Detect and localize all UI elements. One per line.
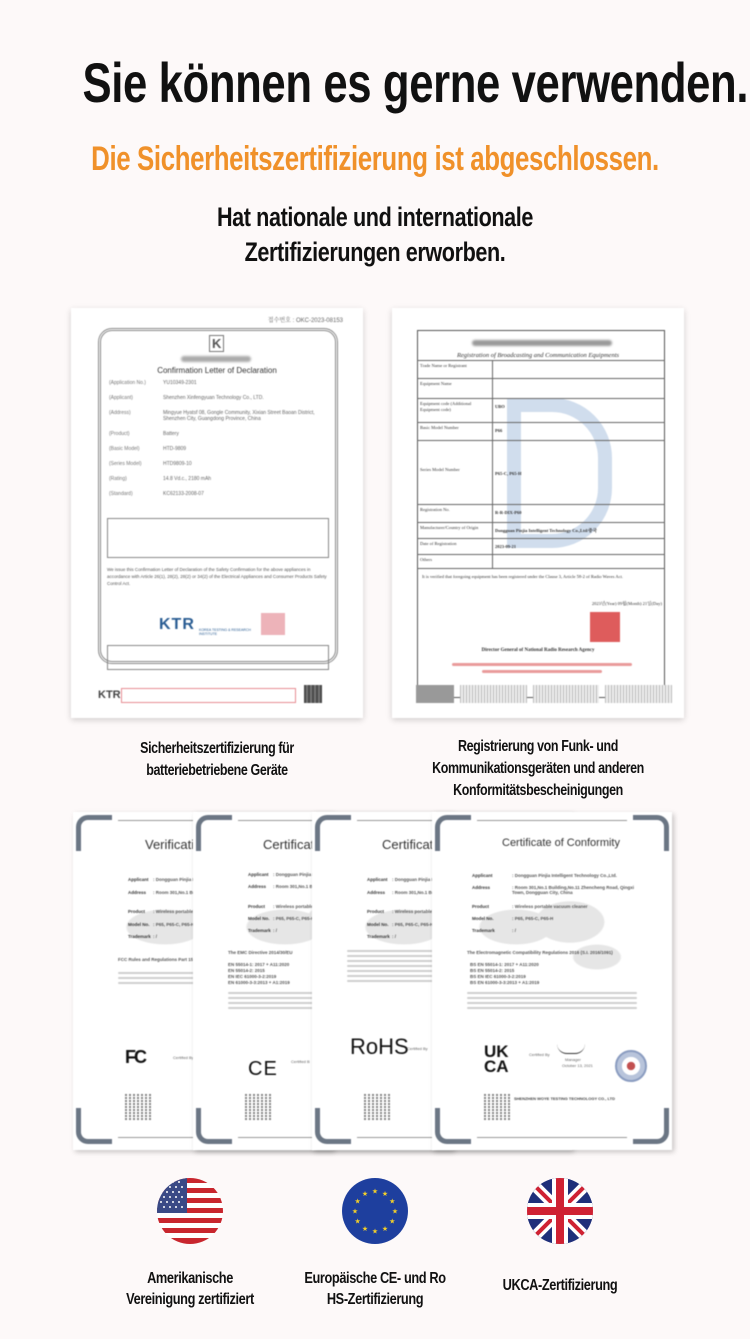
table-row: Others [417, 554, 665, 568]
sub-headline: Die Sicherheitszertifizierung ist abgesc… [90, 139, 660, 179]
ukca-certificate: Certificate of Conformity Applicant: Don… [432, 812, 672, 1150]
table-row: Equipment code (Additional Equipment cod… [417, 398, 665, 422]
eu-certification-caption: Europäische CE- und Ro HS-Zertifizierung [295, 1268, 455, 1310]
qr-code-icon [364, 1094, 390, 1120]
qr-code-icon [304, 685, 322, 703]
field-list: (Application No.)YU10349-2301 (Applicant… [109, 380, 329, 506]
statement-text: We issue this Confirmation Letter of Dec… [107, 566, 329, 587]
field-row: (Address)Mingyue Hyatsf 08, Gongle Commu… [109, 410, 329, 422]
table-row: Trade Name or Registrant [417, 360, 665, 378]
standard-text: The EMC Directive 2014/30/EU [228, 950, 293, 955]
table-row: Date of Registration2023-09-21 [417, 538, 665, 554]
field-row: (Applicant)Shenzhen Xinfengyuan Technolo… [109, 395, 329, 401]
detail-line-2: Zertifizierungen erworben. [75, 235, 675, 270]
standard-text: The Electromagnetic Compatibility Regula… [467, 950, 613, 955]
svg-text:★: ★ [362, 1190, 368, 1198]
warning-box [121, 688, 296, 703]
table-row: Series Model NumberP65-C, P65-H [417, 440, 665, 504]
field-row: (Product)Battery [109, 431, 329, 437]
barcode-strip [416, 685, 672, 703]
red-stamp-icon [590, 612, 620, 642]
radio-registration-certificate: Registration of Broadcasting and Communi… [392, 308, 684, 718]
svg-text:★: ★ [355, 1218, 361, 1226]
lab-seal-icon [615, 1050, 647, 1082]
detail-headline: Hat nationale und internationale Zertifi… [75, 200, 675, 270]
svg-text:★: ★ [389, 1218, 395, 1226]
svg-text:★: ★ [389, 1198, 395, 1206]
rohs-mark-icon: RoHS [350, 1034, 409, 1060]
table-row: Equipment Name [417, 378, 665, 398]
svg-text:★: ★ [372, 1228, 378, 1236]
ornament-corner-icon [435, 1108, 471, 1144]
director-signature: Director General of National Radio Resea… [392, 648, 684, 653]
signature [557, 1044, 585, 1054]
ornament-corner-icon [76, 815, 112, 851]
red-seal-icon [261, 613, 285, 635]
qr-code-icon [245, 1094, 271, 1120]
us-certification-caption: Amerikanische Vereinigung zertifiziert [110, 1268, 270, 1310]
svg-text:★: ★ [355, 1198, 361, 1206]
detail-line-1: Hat nationale und internationale [75, 200, 675, 235]
svg-text:★: ★ [382, 1225, 388, 1233]
uk-flag-icon [527, 1178, 593, 1244]
document-title: Registration of Broadcasting and Communi… [392, 352, 684, 359]
korean-title-blurred [472, 340, 612, 346]
svg-text:★: ★ [372, 1188, 378, 1196]
ktr-logo: KTR [159, 616, 195, 634]
radio-caption: Registrierung von Funk- und Kommunikatio… [424, 736, 652, 802]
certificate-title: Certificate of Conformity [502, 837, 620, 849]
us-flag-icon [157, 1178, 223, 1244]
remarks-box [107, 645, 329, 670]
uk-certification-caption: UKCA-Zertifizierung [480, 1275, 640, 1296]
table-row-end [417, 568, 665, 569]
main-headline: Sie können es gerne verwenden. [83, 52, 668, 114]
qr-code-icon [125, 1094, 151, 1120]
svg-text:★: ★ [362, 1225, 368, 1233]
svg-text:★: ★ [352, 1208, 358, 1216]
ukca-mark-icon: UK CA [484, 1044, 509, 1074]
ornament-corner-icon [196, 815, 232, 851]
ornament-corner-icon [633, 1108, 669, 1144]
svg-text:★: ★ [382, 1190, 388, 1198]
ornament-corner-icon [435, 815, 471, 851]
field-row: (Series Model)HTD9809-10 [109, 461, 329, 467]
table-row: Basic Model NumberP66 [417, 422, 665, 440]
field-row: (Rating)14.8 Vd.c., 2180 mAh [109, 476, 329, 482]
document-title: Confirmation Letter of Declaration [71, 366, 363, 375]
svg-text:★: ★ [392, 1208, 398, 1216]
ornament-corner-icon [315, 815, 351, 851]
ktr-subtitle: KOREA TESTING & RESEARCH INSTITUTE [199, 628, 259, 636]
ornament-corner-icon [315, 1108, 351, 1144]
ce-mark-icon: CE [248, 1058, 278, 1081]
field-row: (Application No.)YU10349-2301 [109, 380, 329, 386]
field-row: (Basic Model)HTD-9809 [109, 446, 329, 452]
ornament-corner-icon [633, 815, 669, 851]
ktr-footer-logo: KTR [98, 689, 121, 701]
ornament-corner-icon [196, 1108, 232, 1144]
red-notice-line [452, 663, 632, 666]
ornament-corner-icon [76, 1108, 112, 1144]
registration-date: 2023년(Year) 09월(Month) 21일(Day) [592, 601, 662, 607]
ktr-caption: Sicherheitszertifizierung für batteriebe… [103, 738, 331, 782]
eu-flag-icon: ★★★★★★★★★★★★ [342, 1178, 408, 1244]
ktr-safety-certificate: 접수번호 : OKC-2023-08153 K Confirmation Let… [71, 308, 363, 718]
korean-title-blurred [181, 356, 251, 362]
lab-name: SHENZHEN WOYE TESTING TECHNOLOGY CO., LT… [514, 1096, 615, 1101]
table-row: Registration No.R-R-DIX-P60 [417, 504, 665, 522]
qr-code-icon [484, 1094, 510, 1120]
verification-text: It is verified that foregoing equipment … [422, 573, 662, 580]
fcc-mark-icon: FC [125, 1047, 145, 1068]
kc-mark-icon: K [209, 335, 224, 352]
reference-number: 접수번호 : OKC-2023-08153 [268, 315, 343, 324]
red-notice-line [482, 670, 602, 673]
standard-text: FCC Rules and Regulations Part 15 Su [118, 957, 200, 962]
field-row: (Standard)KC62133-2008-07 [109, 491, 329, 497]
manufacturer-box [107, 518, 329, 558]
table-row: Manufacturer/Country of OriginDongguan P… [417, 522, 665, 538]
